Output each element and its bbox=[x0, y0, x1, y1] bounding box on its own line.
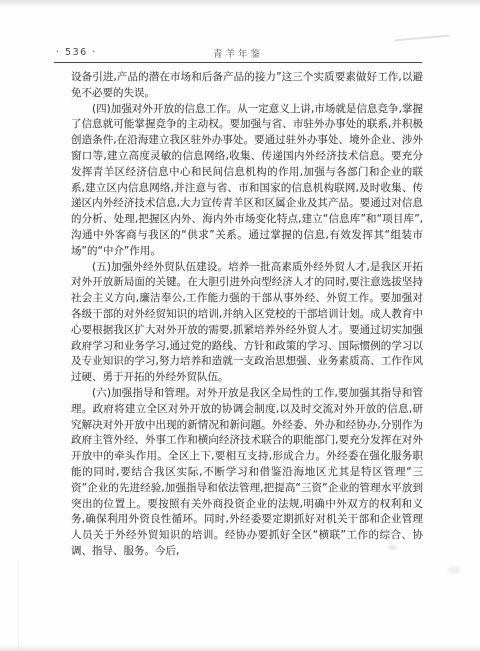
paragraph: 设备引进,产品的潜在市场和后备产品的接力”这三个实质要素做好工作,以避免不必要的… bbox=[71, 70, 423, 102]
paragraph: (四)加强对外开放的信息工作。从一定意义上讲,市场就是信息竞争,掌握了信息就可能… bbox=[71, 102, 423, 260]
paragraph: (五)加强外经外贸队伍建设。培养一批高素质外经外贸人才,是我区开拓对外开放新局面… bbox=[71, 260, 423, 386]
page-body: 设备引进,产品的潜在市场和后备产品的接力”这三个实质要素做好工作,以避免不必要的… bbox=[71, 70, 423, 560]
scanned-page: · 536 · 青羊年鉴 设备引进,产品的潜在市场和后备产品的接力”这三个实质要… bbox=[0, 0, 480, 651]
running-title: 青羊年鉴 bbox=[54, 46, 422, 60]
header-rule bbox=[54, 62, 422, 63]
paragraph: (六)加强指导和管理。对外开放是我区全局性的工作,要加强其指导和管理。政府将建立… bbox=[71, 386, 423, 560]
scan-artifact bbox=[394, 35, 450, 42]
scan-speck bbox=[448, 566, 460, 574]
scan-edge-bottom bbox=[0, 645, 480, 651]
scan-edge-top bbox=[0, 0, 480, 7]
scan-edge-seam bbox=[18, 560, 19, 651]
page-header: · 536 · 青羊年鉴 bbox=[54, 46, 422, 60]
